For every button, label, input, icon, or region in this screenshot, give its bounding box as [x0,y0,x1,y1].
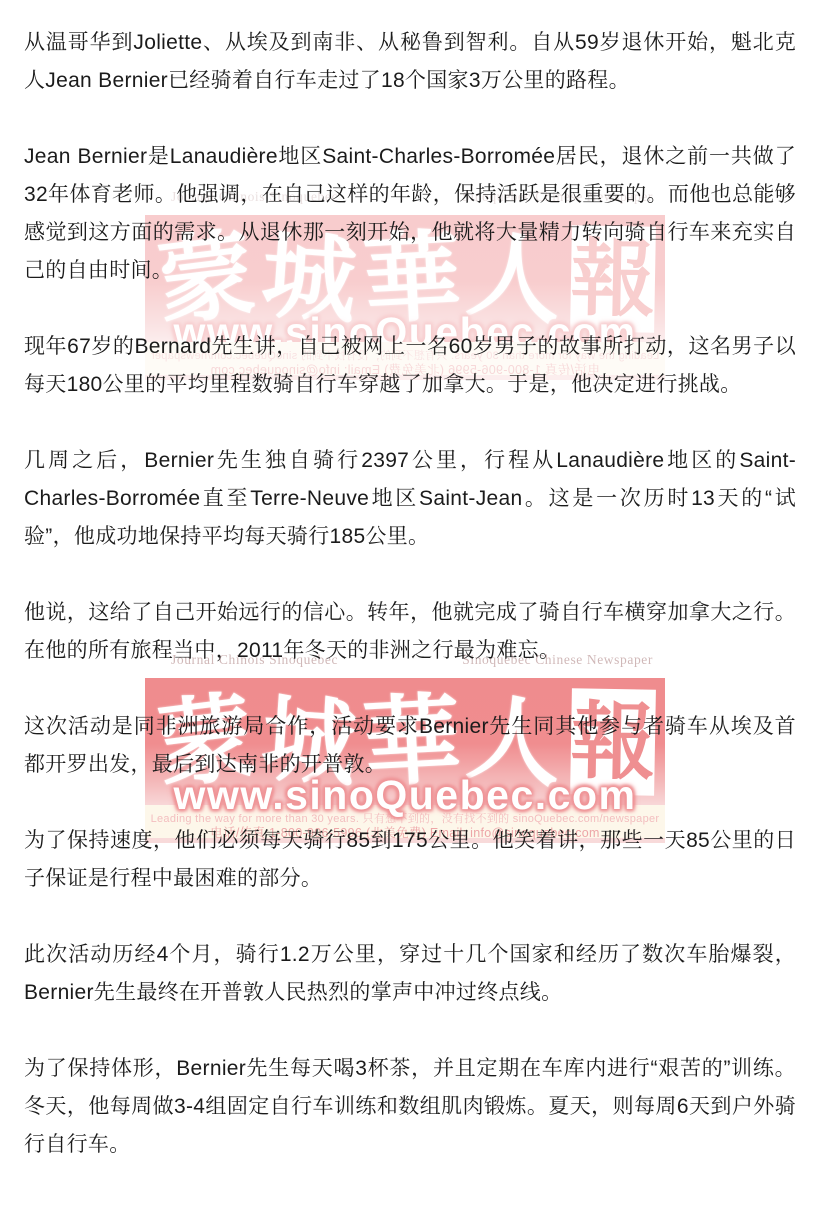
paragraph: 从温哥华到Joliette、从埃及到南非、从秘鲁到智利。自从59岁退休开始，魁北… [24,24,796,100]
article-page: Journal Chinois Sinoquebec Sinoquebec Ch… [0,0,821,1217]
paragraph: 这次活动是同非洲旅游局合作，活动要求Bernier先生同其他参与者骑车从埃及首都… [24,708,796,784]
paragraph: 为了保持体形，Bernier先生每天喝3杯茶，并且定期在车库内进行“艰苦的”训练… [24,1050,796,1164]
article-body: 从温哥华到Joliette、从埃及到南非、从秘鲁到智利。自从59岁退休开始，魁北… [0,0,821,1164]
paragraph: 几周之后，Bernier先生独自骑行2397公里，行程从Lanaudière地区… [24,442,796,556]
paragraph: 此次活动历经4个月，骑行1.2万公里，穿过十几个国家和经历了数次车胎爆裂，Ber… [24,936,796,1012]
paragraph: 为了保持速度，他们必须每天骑行85到175公里。他笑着讲，那些一天85公里的日子… [24,822,796,898]
paragraph: Jean Bernier是Lanaudière地区Saint-Charles-B… [24,138,796,290]
paragraph: 现年67岁的Bernard先生讲，自己被网上一名60岁男子的故事所打动，这名男子… [24,328,796,404]
paragraph: 他说，这给了自己开始远行的信心。转年，他就完成了骑自行车横穿加拿大之行。在他的所… [24,594,796,670]
